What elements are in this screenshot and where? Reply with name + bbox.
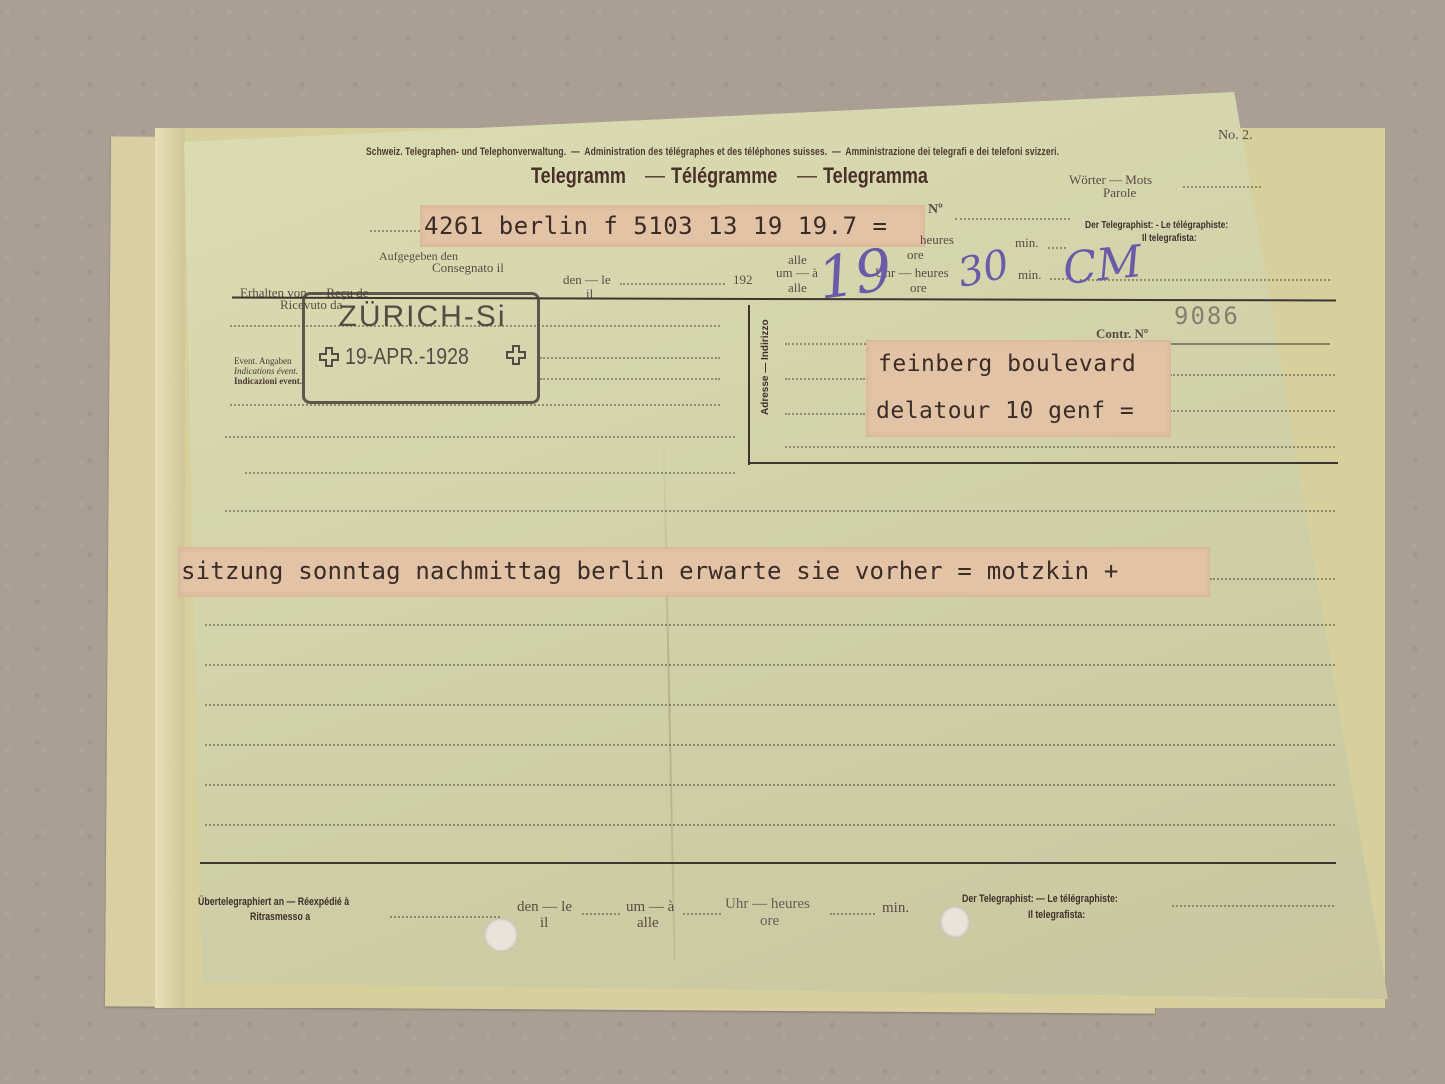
header-fr: Administration des télégraphes et des té… (584, 145, 827, 158)
dotted-line (225, 510, 1335, 512)
header-it: Amministrazione dei telegrafi e dei tele… (845, 145, 1059, 158)
footer-den-le: den — le (517, 900, 572, 915)
event-indications-label: Event. Angaben Indications évent. Indica… (234, 356, 302, 386)
forward-label: Übertelegraphiert an — Réexpédié à (198, 896, 349, 908)
title-de: Telegramm (531, 163, 620, 189)
dotted-line (1210, 578, 1335, 580)
control-number-label: Contr. Nº (1096, 327, 1148, 340)
event-label-it: Indicazioni event. (234, 376, 302, 386)
page-title: Telegramm — Télégramme — Telegramma (531, 163, 943, 189)
telegraphist-label: Der Telegraphist: - Le télégraphiste: (1085, 219, 1228, 231)
heures-label: heures (920, 233, 954, 246)
address-box-bottom (748, 462, 1338, 464)
title-dash: — (645, 165, 665, 188)
header-administration: Schweiz. Telegraphen- und Telephonverwal… (366, 145, 1059, 158)
address-box-left (748, 305, 750, 465)
dotted-line (370, 230, 420, 232)
forward-to-field[interactable] (390, 916, 500, 918)
den-le-label: den — le (563, 273, 611, 286)
address-line-2: delatour 10 genf = (876, 398, 1134, 424)
footer-il: il (540, 916, 548, 931)
stamp-date: 19-APR.-1928 (345, 343, 469, 370)
footer-telegraphist-field[interactable] (1172, 905, 1334, 907)
dotted-line (683, 913, 721, 915)
number-field[interactable] (955, 218, 1070, 220)
dotted-line (1170, 410, 1335, 412)
number-label: Nº (928, 203, 943, 217)
swiss-cross-icon (318, 346, 340, 368)
title-dash: — (797, 165, 817, 188)
dotted-line (785, 378, 865, 380)
dotted-line (205, 824, 1335, 826)
min-label-2: min. (1018, 268, 1041, 281)
dotted-line (205, 784, 1335, 786)
control-number: 9086 (1174, 302, 1240, 330)
forward-label-it: Ritrasmesso a (250, 911, 310, 923)
handed-in-label-it: Consegnato il (432, 261, 504, 274)
dotted-line (785, 446, 1335, 448)
ore-label-2: ore (910, 281, 927, 294)
footer-uhr-heures: Uhr — heures (725, 897, 810, 912)
received-date-field[interactable] (620, 283, 725, 285)
message-text: sitzung sonntag nachmittag berlin erwart… (181, 557, 1119, 585)
event-label-de: Event. Angaben (234, 356, 302, 366)
footer-telegraphist-label-it: Il telegrafista: (1028, 909, 1085, 921)
min-label: min. (1015, 236, 1038, 249)
dotted-line (225, 436, 735, 438)
dotted-line (205, 704, 1335, 706)
event-label-fr: Indications évent. (234, 366, 302, 376)
words-field[interactable] (1183, 186, 1261, 188)
form-number: No. 2. (1218, 129, 1253, 143)
dotted-line (785, 413, 865, 415)
dotted-line (540, 357, 720, 359)
punch-hole (940, 906, 970, 938)
alle-label-2: alle (788, 281, 807, 294)
handwritten-hour: 19 (814, 235, 897, 313)
dotted-line (1160, 343, 1330, 345)
address-vertical-label: Adresse — Indirizzo (760, 319, 771, 415)
dotted-line (205, 664, 1335, 666)
dotted-line (540, 378, 720, 380)
um-a-label: um — à (776, 266, 818, 279)
year-prefix: 192 (733, 273, 753, 286)
dotted-line (205, 624, 1335, 626)
header-de: Schweiz. Telegraphen- und Telephonverwal… (366, 145, 566, 158)
handwritten-initials: CM (1061, 236, 1145, 295)
title-it: Telegramma (823, 163, 921, 189)
footer-divider (200, 862, 1336, 864)
address-line-1: feinberg boulevard (878, 351, 1136, 377)
swiss-cross-icon (505, 344, 527, 366)
footer-ore: ore (760, 914, 779, 929)
punch-hole (484, 918, 518, 952)
footer-um-a: um — à (626, 900, 674, 915)
header-separator: — (832, 145, 841, 158)
dotted-line (1170, 374, 1335, 376)
dotted-line (205, 744, 1335, 746)
ore-label: ore (907, 248, 924, 261)
words-label-it: Parole (1103, 186, 1136, 199)
footer-date-field[interactable] (582, 913, 620, 915)
dotted-line (230, 325, 720, 327)
title-fr: Télégramme (671, 163, 769, 189)
dotted-line (245, 472, 735, 474)
footer-telegraphist-label: Der Telegraphist: — Le télégraphiste: (962, 893, 1118, 905)
telegraphist-label-it: Il telegrafista: (1142, 232, 1197, 244)
preamble-text: 4261 berlin f 5103 13 19 19.7 = (424, 212, 887, 240)
dotted-line (830, 913, 875, 915)
footer-alle: alle (637, 916, 659, 931)
footer-min: min. (882, 901, 909, 916)
dotted-line (230, 404, 720, 406)
stamp-office: ZÜRICH-Si (310, 300, 535, 334)
header-separator: — (571, 145, 580, 158)
